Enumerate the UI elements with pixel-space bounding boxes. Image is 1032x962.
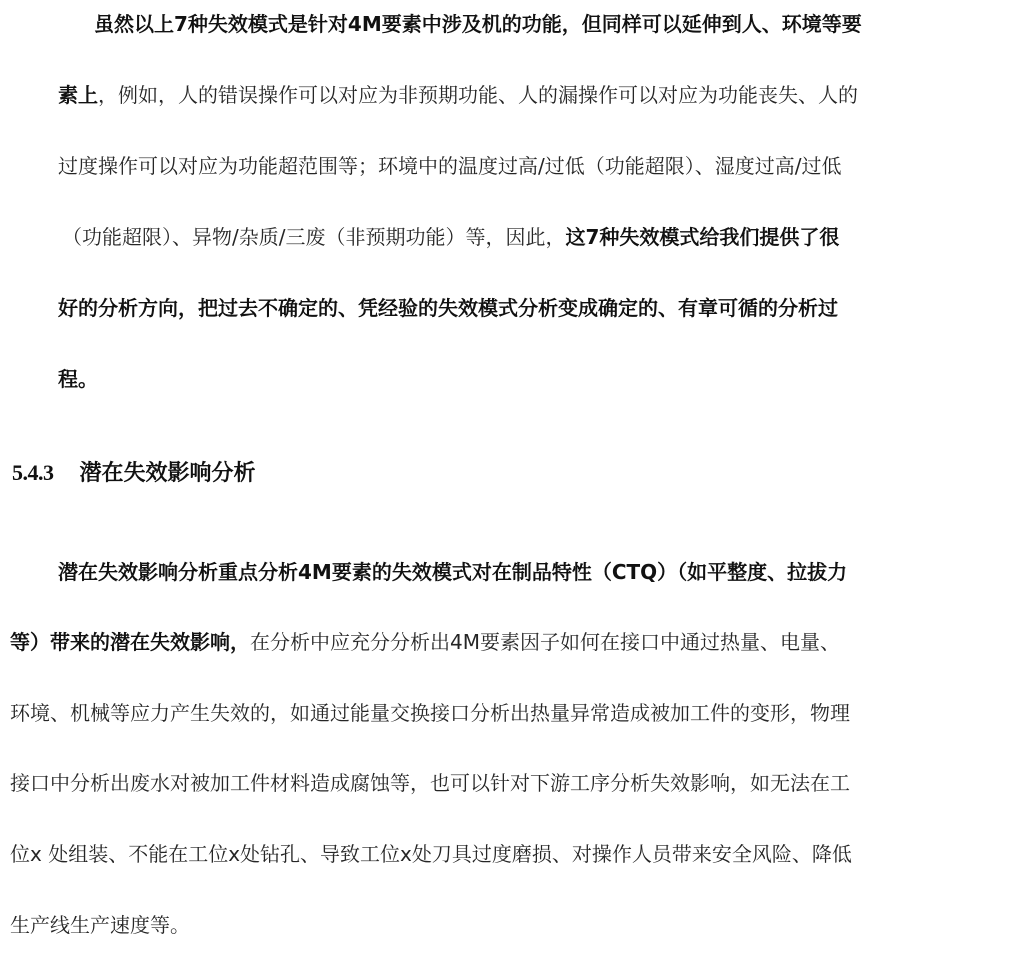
text-line: 生产线生产速度等。 — [10, 911, 190, 939]
section-heading: 5.4.3潜在失效影响分析 — [12, 458, 256, 489]
bold-text: 素上 — [58, 83, 98, 107]
text-line: 接口中分析出废水对被加工件材料造成腐蚀等，也可以针对下游工序分析失效影响，如无法… — [10, 769, 850, 797]
document-page: 虽然以上7种失效模式是针对4M要素中涉及机的功能，但同样可以延伸到人、环境等要 … — [0, 0, 1032, 962]
text-line: 环境、机械等应力产生失效的，如通过能量交换接口分析出热量异常造成被加工件的变形，… — [10, 699, 850, 727]
text-line: 程。 — [58, 365, 98, 393]
text-line: 等）带来的潜在失效影响，在分析中应充分分析出4M要素因子如何在接口中通过热量、电… — [10, 628, 840, 656]
text-line: 过度操作可以对应为功能超范围等；环境中的温度过高/过低（功能超限）、湿度过高/过… — [58, 152, 841, 180]
body-text: 生产线生产速度等。 — [10, 913, 190, 937]
bold-text: 程。 — [58, 367, 98, 391]
bold-text: 等）带来的潜在失效影响， — [10, 630, 250, 654]
body-text: ，例如，人的错误操作可以对应为非预期功能、人的漏操作可以对应为功能丧失、人的 — [98, 83, 858, 107]
body-text: 过度操作可以对应为功能超范围等；环境中的温度过高/过低（功能超限）、湿度过高/过… — [58, 154, 841, 178]
bold-text: 好的分析方向，把过去不确定的、凭经验的失效模式分析变成确定的、有章可循的分析过 — [58, 296, 838, 320]
text-line: 潜在失效影响分析重点分析4M要素的失效模式对在制品特性（CTQ）（如平整度、拉拔… — [58, 558, 847, 586]
body-text: 环境、机械等应力产生失效的，如通过能量交换接口分析出热量异常造成被加工件的变形，… — [10, 701, 850, 725]
section-number: 5.4.3 — [12, 460, 54, 485]
text-line: 位x 处组装、不能在工位x处钻孔、导致工位x处刀具过度磨损、对操作人员带来安全风… — [10, 840, 852, 868]
text-line: 素上，例如，人的错误操作可以对应为非预期功能、人的漏操作可以对应为功能丧失、人的 — [58, 81, 858, 109]
text-line: 虽然以上7种失效模式是针对4M要素中涉及机的功能，但同样可以延伸到人、环境等要 — [94, 10, 862, 38]
body-text: （功能超限）、异物/杂质/三废（非预期功能）等，因此， — [62, 225, 565, 249]
bold-text: 虽然以上7种失效模式是针对4M要素中涉及机的功能，但同样可以延伸到人、环境等要 — [94, 12, 862, 36]
text-line: （功能超限）、异物/杂质/三废（非预期功能）等，因此，这7种失效模式给我们提供了… — [62, 223, 839, 251]
body-text: 位x 处组装、不能在工位x处钻孔、导致工位x处刀具过度磨损、对操作人员带来安全风… — [10, 842, 852, 866]
body-text: 接口中分析出废水对被加工件材料造成腐蚀等，也可以针对下游工序分析失效影响，如无法… — [10, 771, 850, 795]
section-title: 潜在失效影响分析 — [80, 461, 256, 486]
bold-text: 潜在失效影响分析重点分析4M要素的失效模式对在制品特性（CTQ）（如平整度、拉拔… — [58, 560, 847, 584]
body-text: 在分析中应充分分析出4M要素因子如何在接口中通过热量、电量、 — [250, 630, 840, 654]
bold-text: 这7种失效模式给我们提供了很 — [565, 225, 839, 249]
text-line: 好的分析方向，把过去不确定的、凭经验的失效模式分析变成确定的、有章可循的分析过 — [58, 294, 838, 322]
